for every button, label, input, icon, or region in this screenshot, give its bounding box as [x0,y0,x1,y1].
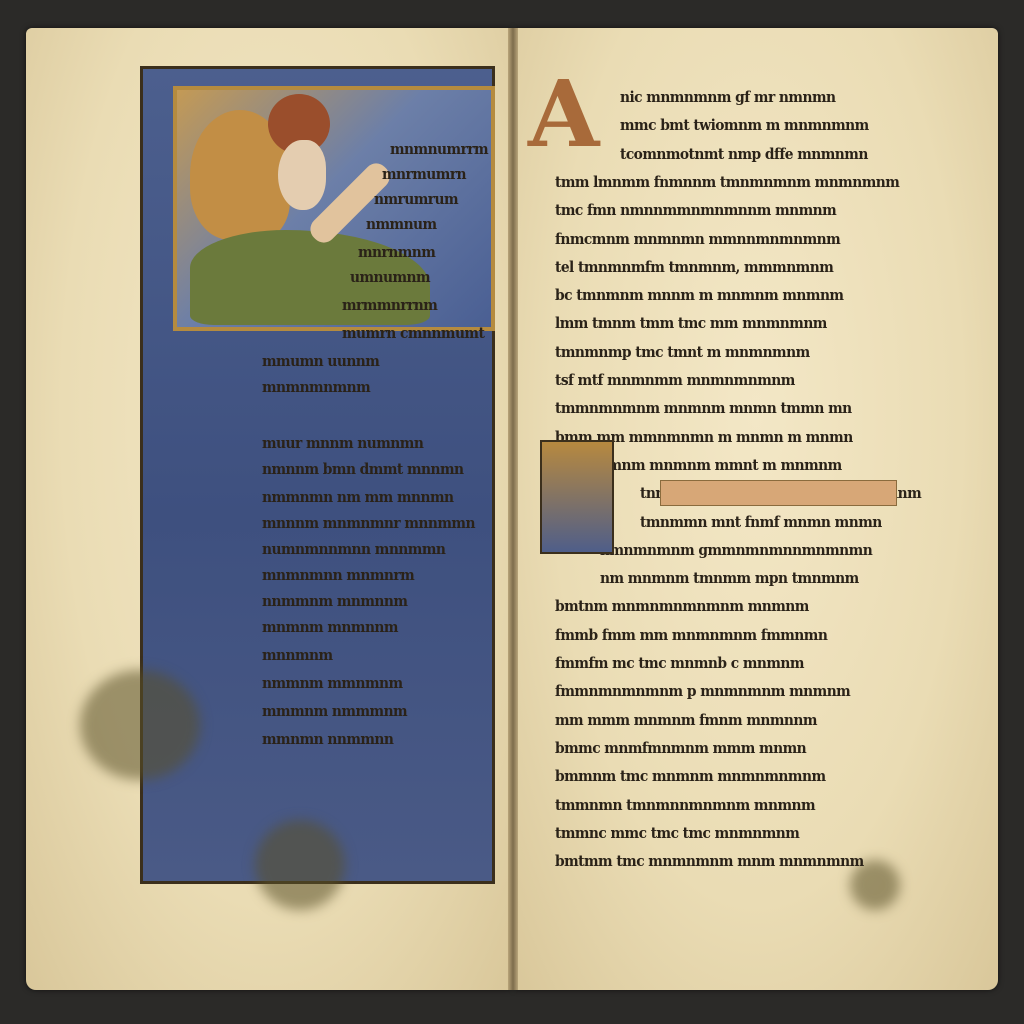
text-line: mnnmnm [262,646,333,664]
text-line: nmmnum [366,215,437,233]
text-line: fmmb fmm mm mnmnmnm fmmnmn [555,626,827,644]
text-line: mmmnm nmmmnm [262,702,407,720]
illuminated-initial-mid [540,440,614,554]
text-line: tmmnmn tmnmnnmnmnm mnmnm [555,796,815,814]
text-line: mmumn uunnm [262,352,379,370]
book-gutter [508,28,518,990]
text-line: muur mnnm numnmn [262,434,423,452]
text-line: mnmnm mnmnnm [262,618,398,636]
text-line: mnmnmnn mnmnrm [262,566,414,584]
text-line: tmm lmnmm fnmnnm tmnmnmnm mnmnmnm [555,173,899,191]
text-line: bmmc mnmfmnmnm mmm mnmn [555,739,806,757]
text-line: tmmnc mmc tmc tmc mnmnmnm [555,824,799,842]
text-line: mmnmn nnmmnn [262,730,393,748]
text-line: mnmnmnmnm [262,378,370,396]
text-line: nnmmnm mnmnnm [262,592,407,610]
stain [255,820,345,910]
text-line: mm mmm mnmnm fmnm mnmnnm [555,711,817,729]
text-line: bmtmm tmc mnmnmnm mnm mnmnmnm [555,852,864,870]
text-line: bmtnm mnmnmnmnmnm mnmnm [555,597,809,615]
text-line: tsf mtf mnmnmm mnmnmnmnm [555,371,795,389]
text-line: nmrumrum [374,190,458,208]
text-line: nic mnmnmnm gf mr nmnmn [620,88,835,106]
text-line: tcomnmotnmt nmp dffe mnmnmn [620,145,868,163]
text-line: mumrn cmnnmumt [342,324,484,342]
text-line: mnmnumrrm [390,140,488,158]
gold-rubric-bar [660,480,897,506]
stain [80,670,200,780]
text-line: nmnnm bmn dmmt mnnmn [262,460,463,478]
text-line: tmc fmn nmnnmmnmnmnnm mnmnm [555,201,836,219]
text-line: tel tmnmnmfm tmnmnm, mmmnmnm [555,258,833,276]
text-line: nmmnmn nm mm mnnmn [262,488,454,506]
figure-head [278,140,326,210]
text-line: bc tmnmnm mnnm m mnmnm mnmnm [555,286,843,304]
text-line: nm mnmnm tmnmm mpn tmnmnm [600,569,859,587]
text-line: fmmfm mc tmc mnmnb c mnmnm [555,654,804,672]
text-line: nmnmnmnm gmmnmnmnnmnmnmn [600,541,872,559]
text-line: fnmcmnm mnmnmn mmnnmnmnmnm [555,230,840,248]
text-line: umnumnm [350,268,430,286]
text-line: tmnmnmp tmc tmnt m mnmnmnm [555,343,810,361]
text-line: mrmmnrrnm [342,296,437,314]
text-line: mnrmumrn [382,165,466,183]
text-line: tmnmmn mnt fnmf mnmn mnmn [640,513,882,531]
text-line: nmmnm mmnmnm [262,674,403,692]
text-line: tmmnmnmnm mnmnm mnmn tmmn mn [555,399,852,417]
text-line: fmmnmnmnmnm p mnmnmnm mnmnm [555,682,850,700]
text-line: mnrnmnm [358,243,435,261]
text-line: numnmnnmnn mnnmmn [262,540,445,558]
text-line: mmc bmt twiomnm m mnmnmnm [620,116,869,134]
text-line: bmmnm tmc mnmnm mnmnmnmnm [555,767,826,785]
text-line: lmm tmnm tmm tmc mm mnmnmnm [555,314,827,332]
illuminated-initial-top: A [528,64,618,164]
text-line: mnnnm mnmnmnr mnnmmn [262,514,475,532]
